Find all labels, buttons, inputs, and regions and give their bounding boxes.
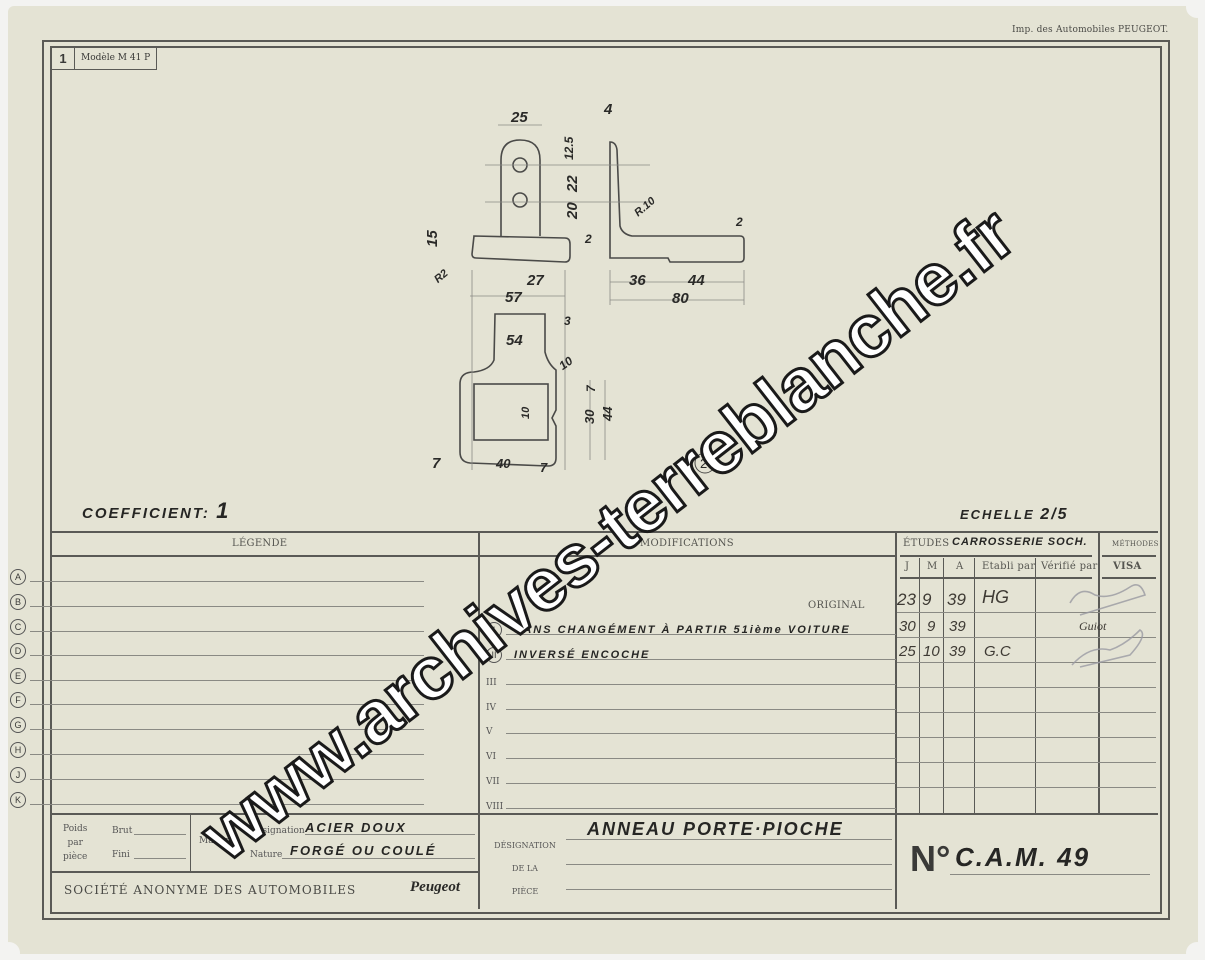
coefficient-value: 1 bbox=[216, 498, 230, 523]
poids-label: Poidsparpièce bbox=[63, 822, 87, 864]
date-mod1-m: 9 bbox=[927, 618, 935, 635]
piece-number: C.A.M. 49 bbox=[955, 842, 1090, 873]
etabli-mod2: G.C bbox=[984, 643, 1011, 660]
fini-label: Fini bbox=[112, 850, 130, 860]
col-j: J bbox=[905, 561, 909, 572]
scale-value: 2/5 bbox=[1040, 506, 1068, 523]
etabli-original: HG bbox=[982, 587, 1009, 608]
col-etabli: Etabli par bbox=[982, 561, 1035, 572]
legend-title: LÉGENDE bbox=[232, 538, 287, 549]
coefficient: COEFFICIENT: 1 bbox=[82, 498, 230, 524]
modification-row-2: IIINVERSÉ ENCOCHE bbox=[486, 643, 896, 663]
designation-value: ACIER DOUX bbox=[305, 820, 407, 835]
modification-row-6: VI bbox=[486, 742, 896, 762]
printer-credit: Imp. des Automobiles PEUGEOT. bbox=[1012, 25, 1168, 35]
col-verifie: Vérifié par bbox=[1041, 561, 1098, 572]
col-a: A bbox=[956, 561, 964, 572]
scale: ECHELLE 2/5 bbox=[960, 506, 1069, 524]
modification-row-7: VII bbox=[486, 767, 896, 787]
model-label: Modèle M 41 P bbox=[75, 47, 156, 69]
date-mod2-m: 10 bbox=[923, 643, 940, 660]
legend-item-b: B bbox=[10, 592, 424, 610]
modification-row-8: VIII bbox=[486, 792, 896, 812]
brand-logo: Peugeot bbox=[410, 879, 460, 896]
etudes-department: CARROSSERIE SOCH. bbox=[952, 536, 1088, 548]
date-mod2-a: 39 bbox=[949, 643, 966, 660]
model-box: 1 Modèle M 41 P bbox=[52, 47, 157, 70]
legend-item-d: D bbox=[10, 641, 424, 659]
modification-row-3: III bbox=[486, 668, 896, 688]
date-original-j: 23 bbox=[897, 590, 916, 610]
original-label: ORIGINAL bbox=[808, 600, 865, 611]
company-name: SOCIÉTÉ ANONYME DES AUTOMOBILES bbox=[64, 883, 356, 897]
piece-label: DÉSIGNATIONDE LAPIÈCE bbox=[490, 834, 560, 903]
date-mod2-j: 25 bbox=[899, 643, 916, 660]
modification-row-5: V bbox=[486, 717, 896, 737]
stamp-signatures bbox=[1060, 575, 1155, 670]
scale-label: ECHELLE bbox=[960, 507, 1035, 522]
legend-item-c: C bbox=[10, 617, 424, 635]
col-m: M bbox=[927, 561, 938, 572]
number-prefix: N° bbox=[910, 838, 950, 880]
sheet-number: 1 bbox=[52, 47, 75, 69]
methodes-title: MÉTHODES bbox=[1112, 540, 1159, 548]
date-mod1-j: 30 bbox=[899, 618, 916, 635]
date-original-m: 9 bbox=[922, 590, 931, 610]
brut-label: Brut bbox=[112, 826, 132, 836]
etudes-title: ÉTUDES bbox=[903, 538, 949, 549]
col-visa: VISA bbox=[1113, 561, 1142, 572]
legend-item-a: A bbox=[10, 567, 424, 585]
coefficient-label: COEFFICIENT: bbox=[82, 505, 210, 522]
nature-value: FORGÉ OU COULÉ bbox=[290, 843, 436, 858]
piece-designation: ANNEAU PORTE·PIOCHE bbox=[587, 819, 844, 840]
date-mod1-a: 39 bbox=[949, 618, 966, 635]
date-original-a: 39 bbox=[947, 590, 966, 610]
modification-row-4: IV bbox=[486, 693, 896, 713]
